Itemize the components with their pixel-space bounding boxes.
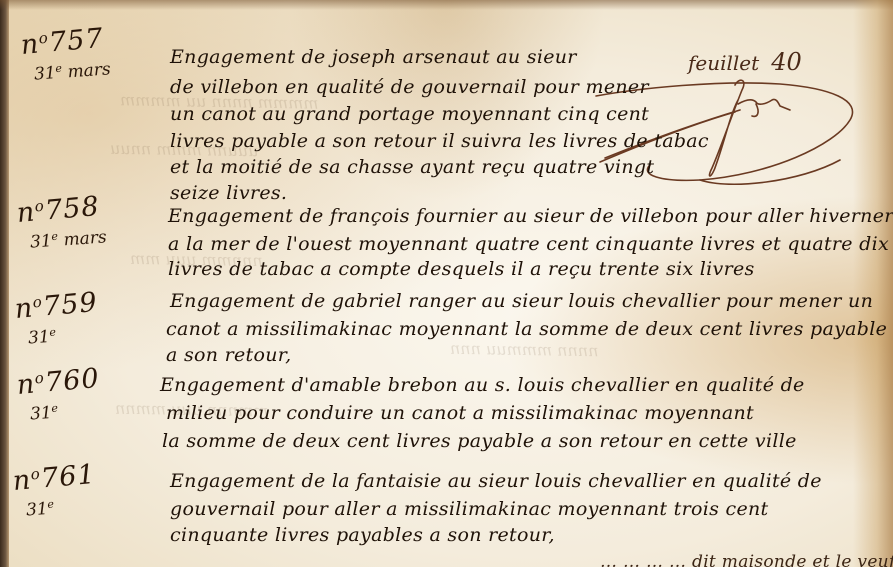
entry-758-line-3: livres de tabac a compte desquels il a r… <box>168 258 755 280</box>
entry-757-line-1: Engagement de joseph arsenaut au sieur <box>170 46 577 68</box>
entry-date: 31e <box>27 324 99 348</box>
date-sup: e <box>51 402 58 415</box>
entry-number: no759 <box>14 289 99 323</box>
entry-date: 31e mars <box>29 227 107 251</box>
folio-label: feuillet <box>688 51 759 75</box>
entry-758-line-1: Engagement de françois fournier au sieur… <box>168 205 893 227</box>
entry-number: no758 <box>16 192 107 227</box>
entry-760-margin: no760 31e <box>18 372 101 421</box>
bleed-through-text: nnnn mmmuu nnn <box>450 339 599 361</box>
entry-number: no760 <box>16 365 101 399</box>
entry-759-line-2: canot a missilimakinac moyennant la somm… <box>166 318 887 340</box>
date-day: 31 <box>29 403 52 424</box>
date-month: mars <box>63 227 107 250</box>
entry-759-line-3: a son retour, <box>166 344 291 366</box>
partial-bottom-line: … … … … dit maisonde et le veuf <box>600 552 893 567</box>
entry-757-line-6: seize livres. <box>170 182 287 204</box>
entry-761-line-2: gouvernail pour aller a missilimakinac m… <box>170 498 768 520</box>
entry-760-line-3: la somme de deux cent livres payable a s… <box>162 430 797 452</box>
entry-758-margin: no758 31e mars <box>18 200 107 249</box>
entry-date: 31e <box>29 400 101 424</box>
number-value: 758 <box>44 191 101 227</box>
entry-757-margin: no757 31e mars <box>22 32 111 81</box>
entry-760-line-1: Engagement d'amable brebon au s. louis c… <box>160 374 805 396</box>
page-right-edge <box>853 0 893 567</box>
entry-760-line-2: milieu pour conduire un canot a missilim… <box>166 402 754 424</box>
entry-date: 31e <box>25 496 97 520</box>
date-day: 31 <box>27 327 50 348</box>
entry-number: no757 <box>20 24 111 59</box>
entry-759-line-1: Engagement de gabriel ranger au sieur lo… <box>170 290 873 312</box>
date-sup: e <box>47 498 54 511</box>
entry-761-margin: no761 31e <box>14 468 97 517</box>
entry-761-line-1: Engagement de la fantaisie au sieur loui… <box>170 470 822 492</box>
date-sup: e <box>51 230 58 243</box>
date-sup: e <box>49 326 56 339</box>
entry-761-line-3: cinquante livres payables a son retour, <box>170 524 555 546</box>
folio-number: 40 <box>771 48 802 76</box>
book-binding <box>0 0 9 567</box>
date-month: mars <box>67 59 111 82</box>
entry-date: 31e mars <box>33 59 111 83</box>
date-day: 31 <box>25 499 48 520</box>
entry-757-line-2: de villebon en qualité de gouvernail pou… <box>170 76 649 98</box>
date-day: 31 <box>33 63 56 84</box>
entry-number: no761 <box>12 461 97 495</box>
entry-757-line-4: livres payable a son retour il suivra le… <box>170 130 709 152</box>
register-page: mmmm nnnn uu mmmm uuunn mmm nnuu nnnmm u… <box>0 0 893 567</box>
entry-758-line-2: a la mer de l'ouest moyennant quatre cen… <box>168 233 889 255</box>
date-day: 31 <box>29 231 52 252</box>
page-top-edge <box>0 0 893 10</box>
number-value: 759 <box>42 287 99 323</box>
number-value: 757 <box>48 23 105 59</box>
folio-annotation: feuillet40 <box>688 48 802 76</box>
number-value: 761 <box>40 459 97 495</box>
entry-759-margin: no759 31e <box>16 296 99 345</box>
entry-757-line-3: un canot au grand portage moyennant cinq… <box>170 103 649 125</box>
date-sup: e <box>55 62 62 75</box>
entry-757-line-5: et la moitié de sa chasse ayant reçu qua… <box>170 156 654 178</box>
number-value: 760 <box>44 363 101 399</box>
